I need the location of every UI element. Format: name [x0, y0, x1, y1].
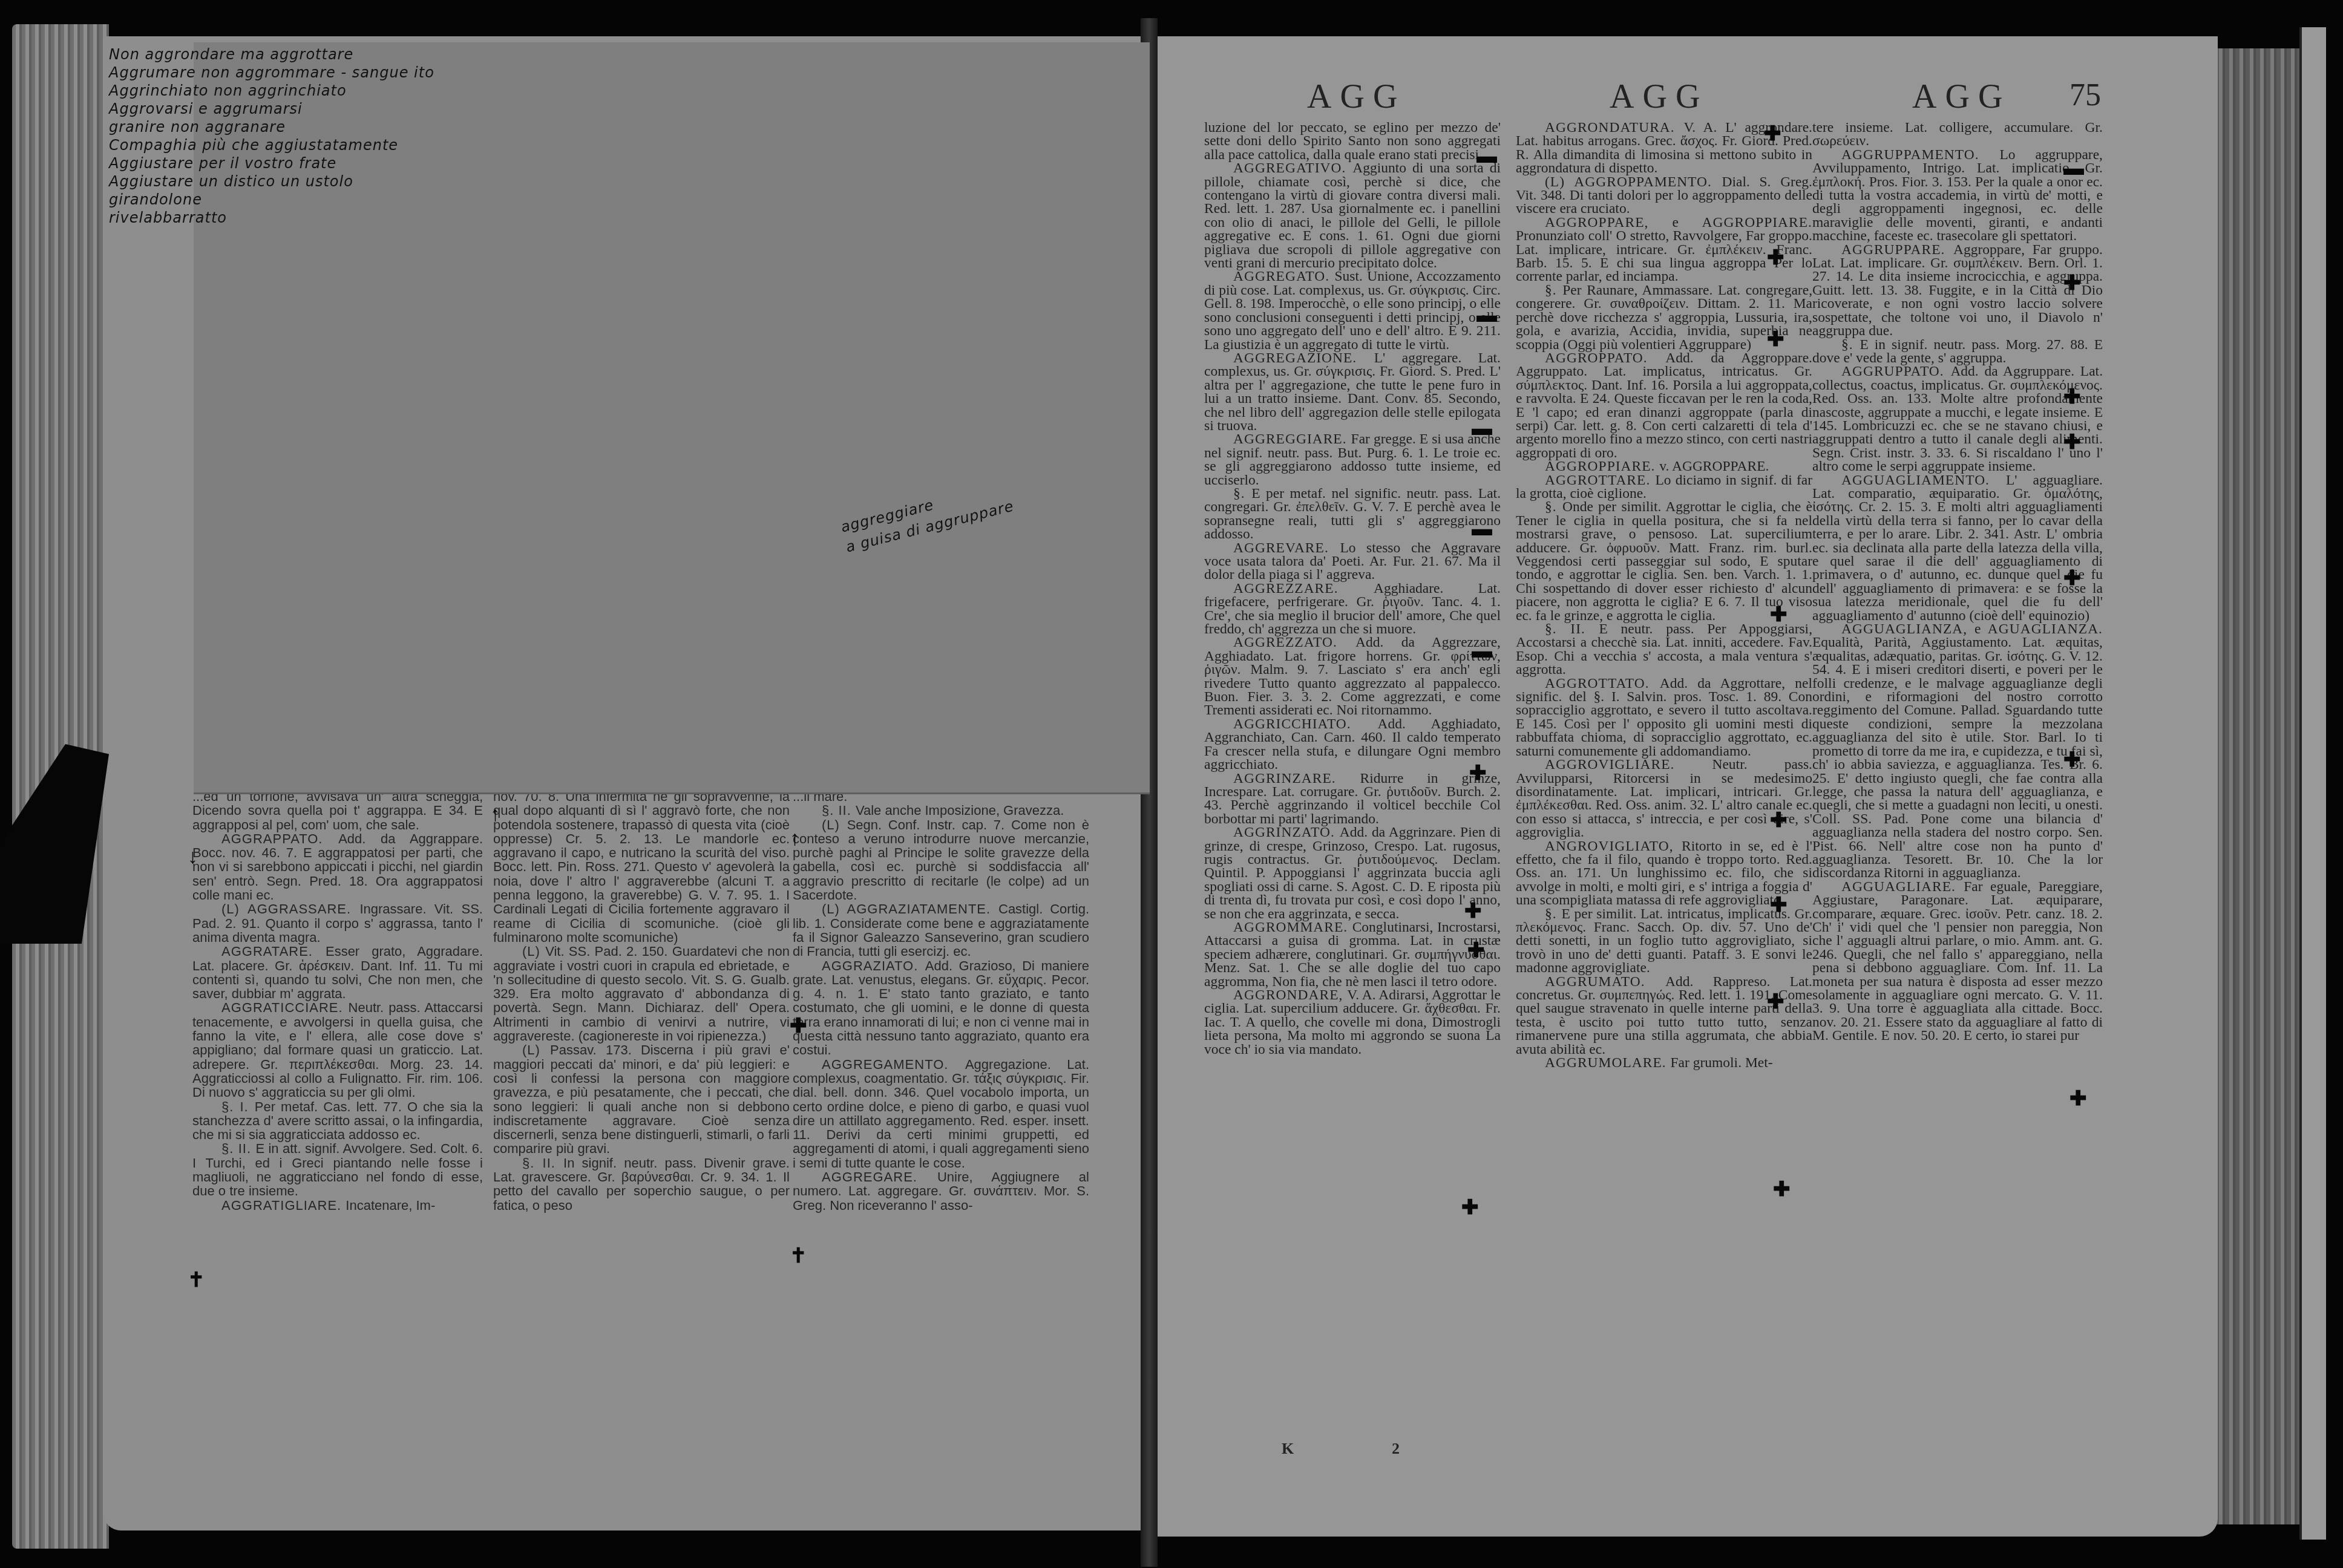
entry-definition: Equalità, Parità, Aggiustamento. Lat. æq…	[1812, 635, 2103, 881]
entry-headword: (L)	[822, 817, 847, 832]
dictionary-entry: AGGREGGIARE. Far gregge. E si usa anche …	[1204, 433, 1501, 487]
dictionary-entry: AGGROMMARE. Conglutinarsi, Incrostarsi, …	[1204, 921, 1501, 988]
note-line: rivelabbarratto	[109, 209, 448, 227]
entry-definition: Onde per similit. Aggrottar le ciglia, c…	[1516, 499, 1812, 623]
dictionary-entry: §. Onde per similit. Aggrottar le ciglia…	[1516, 500, 1812, 622]
dictionary-entry: ANGROVIGLIATO, Ritorto in se, ed è l' ef…	[1516, 840, 1812, 907]
entry-definition: Add. da Aggrinzare. Pien di grinze, di c…	[1204, 825, 1501, 921]
entry-definition: L' agguagliare. Lat. comparatio, æquipar…	[1812, 472, 2103, 624]
entry-headword: §. II.	[822, 803, 856, 818]
ink-dash-mark: ▬	[1472, 419, 1492, 439]
ink-cross-mark: ✚	[1773, 1180, 1791, 1200]
ink-cross-mark: ✚	[1469, 763, 1487, 784]
running-head-center: AGG	[1610, 77, 1708, 116]
entry-definition: Passav. 173. Discerna i più gravi e' mag…	[493, 1042, 790, 1156]
dictionary-entry: AGGREGAZIONE. L' aggregare. Lat. complex…	[1204, 351, 1501, 433]
dictionary-entry: AGGUAGLIARE. Far eguale, Pareggiare, Agg…	[1812, 880, 2103, 1043]
entry-headword: (L) AGGRAZIATAMENTE.	[822, 901, 998, 916]
entry-headword: AGGREGAMENTO.	[822, 1057, 965, 1072]
signature-mark-number: 2	[1392, 1440, 1400, 1458]
ink-cross-mark: ✚	[2069, 1089, 2087, 1109]
dictionary-entry: luzione del lor peccato, se eglino per m…	[1204, 121, 1501, 162]
ink-cross-mark: ✚	[2063, 433, 2081, 453]
entry-definition: luzione del lor peccato, se eglino per m…	[1204, 120, 1501, 163]
dictionary-entry: AGGREGAMENTO. Aggregazione. Lat. complex…	[793, 1057, 1089, 1170]
book-cover-edge	[2299, 27, 2326, 1540]
dictionary-entry: (L) Passav. 173. Discerna i più gravi e'…	[493, 1043, 790, 1155]
entry-definition: Add. da Aggruppare. Lat. collectus, coac…	[1812, 364, 2103, 474]
ink-cross-mark: ✚	[1467, 941, 1485, 961]
ink-arrow-mark: ↓	[188, 847, 198, 867]
entry-definition: Add. Grazioso, Di maniere grate. Lat. ve…	[793, 958, 1089, 1058]
dictionary-entry: AGGRINZATO. Add. da Aggrinzare. Pien di …	[1204, 826, 1501, 921]
ink-cross-mark: ✚	[1764, 124, 1781, 145]
dictionary-entry: AGGREGATIVO. Aggiunto di una sorta di pi…	[1204, 162, 1501, 270]
ink-dash-mark: ▬	[1476, 146, 1497, 167]
ink-arrow-mark: ↑	[490, 805, 500, 825]
dictionary-entry: (L) AGGRASSARE. Ingrassare. Vit. SS. Pad…	[192, 902, 483, 944]
entry-definition: tere insieme. Lat. colligere, accumulare…	[1812, 120, 2103, 149]
ink-cross-mark: ✚	[2063, 750, 2081, 771]
entry-definition: Aggregazione. Lat. complexus, coagmentat…	[793, 1057, 1089, 1171]
signature-mark-letter: K	[1282, 1440, 1294, 1458]
entry-headword: (L)	[522, 1042, 550, 1057]
ink-arrow-mark: ↑	[790, 829, 800, 849]
note-line: Aggiustare un distico un ustolo	[109, 172, 448, 191]
entry-headword: AGGRATICCIARE.	[221, 1000, 349, 1015]
ink-cross-mark: ✚	[1767, 992, 1784, 1013]
right-page-block-edge	[2215, 48, 2305, 1524]
entry-headword: (L) AGGRASSARE.	[221, 901, 359, 916]
entry-definition: Aggroppare, Far gruppo. Lat. Lat. implic…	[1812, 242, 2103, 339]
note-line: Aggrovarsi e aggrumarsi	[109, 100, 448, 118]
entry-headword: AGGRAZIATO.	[822, 958, 925, 973]
book-spread: ...ed un torrione, avvisava un' altra sc…	[0, 0, 2343, 1568]
dictionary-entry: §. II. In signif. neutr. pass. Divenir g…	[493, 1156, 790, 1212]
ink-dash-mark: ▬	[1476, 305, 1497, 326]
dictionary-entry: §. I. Per metaf. Cas. lett. 77. O che si…	[192, 1100, 483, 1142]
dictionary-entry: AGGRONDARE, V. A. Adirarsi, Aggrottar le…	[1204, 988, 1501, 1056]
left-column-1: ...ed un torrione, avvisava un' altra sc…	[192, 789, 483, 1212]
dictionary-entry: AGGROVIGLIARE. Neutr. pass. Avvilupparsi…	[1516, 758, 1812, 839]
ink-cross-mark: ✚	[1767, 248, 1784, 269]
dictionary-entry: AGGREVARE. Lo stesso che Aggravare voce …	[1204, 541, 1501, 582]
running-head-left: AGG	[1307, 77, 1406, 116]
entry-headword: §. I.	[221, 1099, 255, 1114]
entry-definition: ...ed un torrione, avvisava un' altra sc…	[192, 789, 483, 832]
dictionary-entry: nov. 70. 8. Una infermità ne gli sopravv…	[493, 789, 790, 944]
ink-cross-mark: ✚	[1770, 895, 1788, 916]
dictionary-entry: AGGUAGLIAMENTO. L' agguagliare. Lat. com…	[1812, 474, 2103, 622]
page-number: 75	[2069, 77, 2101, 113]
dictionary-entry: AGGRAPPATO. Add. da Aggrappare. Bocc. no…	[192, 832, 483, 902]
dictionary-entry: AGGROPPATO. Add. da Aggroppare. Aggruppa…	[1516, 351, 1812, 460]
ink-cross-mark: ✚	[1464, 901, 1482, 922]
dictionary-entry: tere insieme. Lat. colligere, accumulare…	[1812, 121, 2103, 148]
dictionary-entry: AGGREZZARE. Agghiadare. Lat. frigefacere…	[1204, 582, 1501, 636]
dictionary-entry: (L) Vit. SS. Pad. 2. 150. Guardatevi che…	[493, 944, 790, 1043]
right-column-1: luzione del lor peccato, se eglino per m…	[1204, 121, 1501, 1056]
dictionary-entry: AGGROPPIARE. v. AGGROPPARE.	[1516, 460, 1812, 473]
entry-headword: (L)	[522, 944, 545, 959]
note-line: Aggrumare non aggrommare - sangue ito	[109, 64, 448, 82]
ink-cross-mark: ✚	[1767, 330, 1784, 350]
entry-headword: §. II.	[221, 1141, 255, 1156]
dictionary-entry: §. II. E in att. signif. Avvolgere. Sed.…	[192, 1142, 483, 1198]
dictionary-entry: AGGRAZIATO. Add. Grazioso, Di maniere gr…	[793, 959, 1089, 1057]
ink-cross-mark: ✝	[188, 1270, 205, 1291]
ink-cross-mark: ✚	[2063, 569, 2081, 589]
left-column-3: ...il mare.§. II. Vale anche Imposizione…	[793, 789, 1089, 1212]
right-column-3: tere insieme. Lat. colligere, accumulare…	[1812, 121, 2103, 1043]
ink-dash-mark: ▬	[1472, 641, 1492, 662]
entry-definition: Incatenare, Im-	[346, 1198, 435, 1213]
dictionary-entry: AGGUAGLIANZA, e AGUAGLIANZA. Equalità, P…	[1812, 622, 2103, 880]
dictionary-entry: AGGRATIGLIARE. Incatenare, Im-	[192, 1198, 483, 1212]
dictionary-entry: AGGRUMATO. Add. Rappreso. Lat. concretus…	[1516, 975, 1812, 1056]
dictionary-entry: AGGRATICCIARE. Neutr. pass. Attaccarsi t…	[192, 1001, 483, 1099]
entry-headword: AGGRUMOLARE.	[1545, 1055, 1671, 1071]
dictionary-entry: (L) AGGRAZIATAMENTE. Castigl. Cortig. li…	[793, 902, 1089, 958]
entry-definition: Aggiunto di una sorta di pillole, chiama…	[1204, 160, 1501, 271]
entry-definition: Lo aggruppare, Avviluppamento, Intrigo. …	[1812, 147, 2103, 244]
note-line: Aggiustare per il vostro frate	[109, 154, 448, 172]
note-line: Aggrinchiato non aggrinchiato	[109, 82, 448, 100]
dictionary-entry: AGGRUPPARE. Aggroppare, Far gruppo. Lat.…	[1812, 243, 2103, 338]
ink-dash-mark: ▬	[1472, 519, 1492, 540]
entry-definition: Vit. SS. Pad. 2. 150. Guardatevi che non…	[493, 944, 790, 1044]
dictionary-entry: AGGREGATO. Sust. Unione, Accozzamento di…	[1204, 270, 1501, 351]
entry-definition: Vale anche Imposizione, Gravezza.	[856, 803, 1064, 818]
dictionary-entry: §. II. E neutr. pass. Per Appoggiarsi, A…	[1516, 622, 1812, 677]
entry-definition: Far eguale, Pareggiare, Aggiustare, Para…	[1812, 879, 2103, 1044]
dictionary-entry: (L) AGGROPPAMENTO. Dial. S. Greg. Vit. 3…	[1516, 175, 1812, 216]
dictionary-entry: AGGROTTATO. Add. da Aggrottare, nel sign…	[1516, 677, 1812, 758]
note-line: granire non aggranare	[109, 118, 448, 136]
entry-headword: AGGREGARE.	[822, 1169, 937, 1184]
left-column-2: nov. 70. 8. Una infermità ne gli sopravv…	[493, 789, 790, 1212]
ink-cross-mark: ✚	[1770, 811, 1788, 831]
entry-definition: Neutr. pass. Attaccarsi tenacemente, e a…	[192, 1000, 483, 1100]
ink-cross-mark: ✝	[790, 1246, 807, 1267]
entry-headword: §. II.	[522, 1155, 563, 1171]
dictionary-entry: AGGRUPPATO. Add. da Aggruppare. Lat. col…	[1812, 365, 2103, 473]
handwritten-notes: Non aggrondare ma aggrottare Aggrumare n…	[109, 45, 448, 227]
entry-definition: nov. 70. 8. Una infermità ne gli sopravv…	[493, 789, 790, 945]
dictionary-entry: AGGREZZATO. Add. da Aggrezzare, Agghiada…	[1204, 636, 1501, 717]
note-line: Compaghia più che aggiustatamente	[109, 136, 448, 154]
dictionary-entry: §. E per similit. Lat. intricatus, impli…	[1516, 907, 1812, 975]
dictionary-entry: AGGRATARE. Esser grato, Aggradare. Lat. …	[192, 944, 483, 1001]
entry-headword: AGGRATIGLIARE.	[221, 1198, 346, 1213]
ink-dash-mark: ▬	[2063, 158, 2084, 179]
dictionary-entry: AGGRICCHIATO. Add. Agghiadato, Aggranchi…	[1204, 717, 1501, 772]
entry-definition: Far grumoli. Met-	[1671, 1055, 1773, 1071]
dictionary-entry: §. II. Vale anche Imposizione, Gravezza.	[793, 803, 1089, 817]
running-head-right: AGG	[1912, 77, 2011, 116]
dictionary-entry: AGGRINZARE. Ridurre in grinze, Increspar…	[1204, 772, 1501, 826]
ink-cross-mark: ✚	[2063, 387, 2081, 408]
ink-cross-mark: ✚	[2063, 273, 2081, 294]
entry-definition: Add. da Aggroppare. Aggruppato. Lat. imp…	[1516, 350, 1812, 461]
ink-cross-mark: ✚	[1461, 1198, 1479, 1218]
note-line: girandolone	[109, 191, 448, 209]
dictionary-entry: ...ed un torrione, avvisava un' altra sc…	[192, 789, 483, 832]
dictionary-entry: (L) Segn. Conf. Instr. cap. 7. Come non …	[793, 818, 1089, 903]
dictionary-entry: AGGREGARE. Unire, Aggiugnere al numero. …	[793, 1170, 1089, 1212]
entry-headword: AGGRATARE.	[221, 944, 326, 959]
dictionary-entry: AGGRUPPAMENTO. Lo aggruppare, Avviluppam…	[1812, 148, 2103, 243]
dictionary-entry: §. E in signif. neutr. pass. Morg. 27. 8…	[1812, 338, 2103, 365]
entry-headword: AGGRAPPATO.	[221, 831, 338, 846]
note-line: Non aggrondare ma aggrottare	[109, 45, 448, 64]
dictionary-entry: AGGRUMOLARE. Far grumoli. Met-	[1516, 1056, 1812, 1070]
dictionary-entry: §. E per metaf. nel signific. neutr. pas…	[1204, 487, 1501, 541]
ink-cross-mark: ✚	[790, 1016, 807, 1037]
dictionary-entry: AGGROTTARE. Lo diciamo in signif. di far…	[1516, 474, 1812, 501]
ink-cross-mark: ✚	[1770, 605, 1788, 626]
